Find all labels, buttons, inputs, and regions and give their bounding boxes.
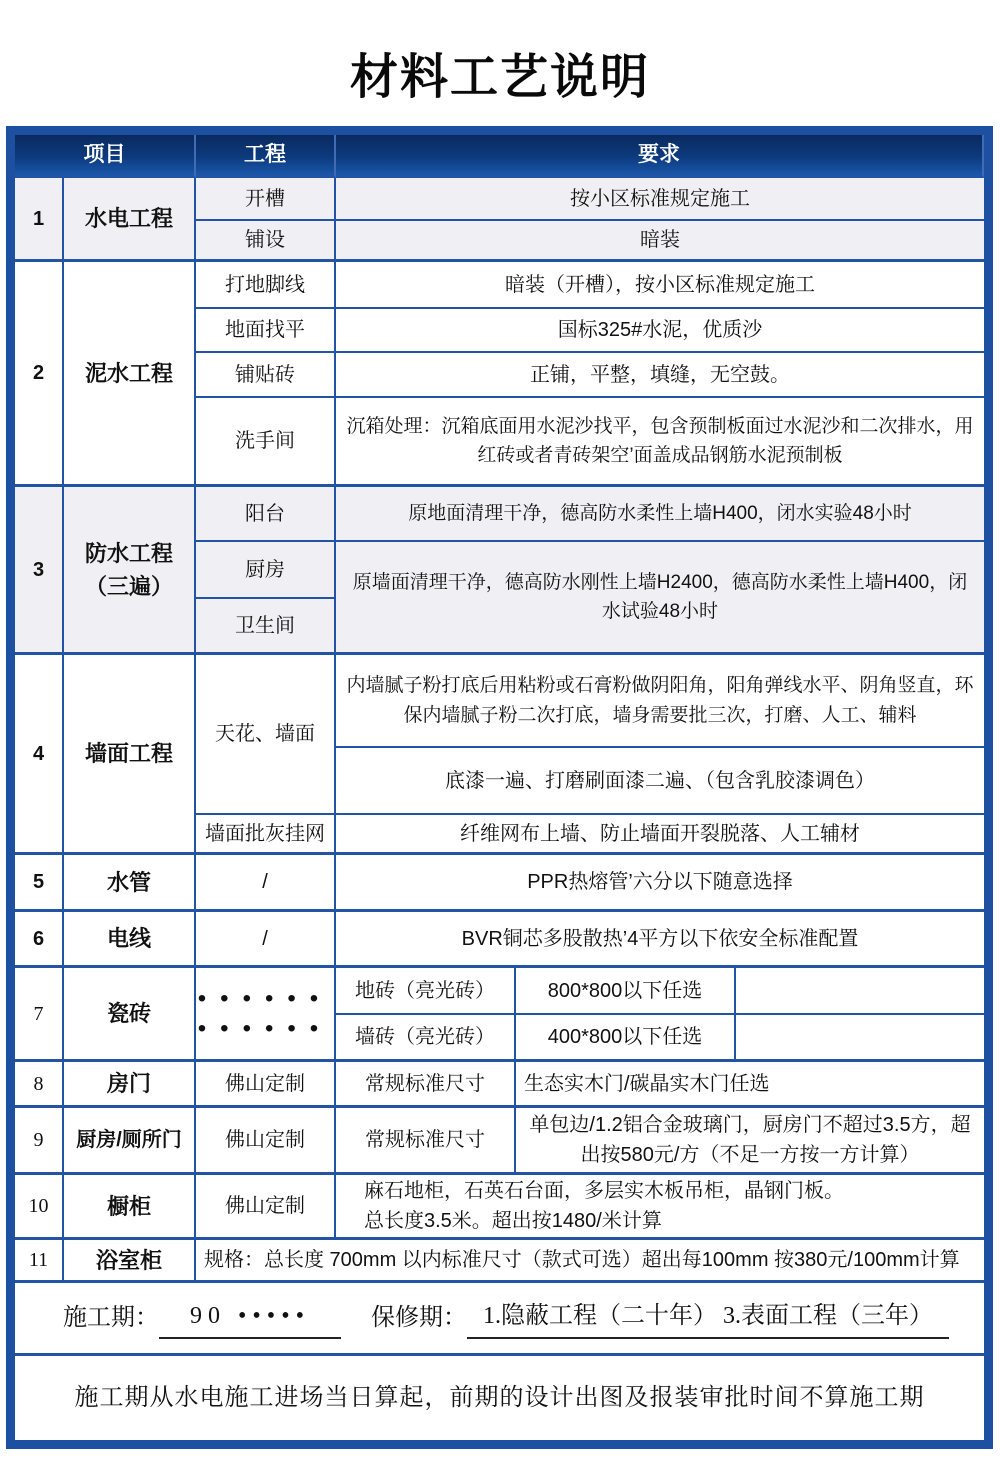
row-2-number: 2 (15, 262, 64, 487)
row-1-sub-1-engineering: 开槽 (196, 178, 336, 221)
page-title: 材料工艺说明 (0, 38, 1000, 107)
row-2-sub-1-requirement: 暗装（开槽），按小区标准规定施工 (336, 262, 984, 309)
row-7-sub-1-empty-cell (736, 968, 984, 1015)
row-5-item: 水管 (64, 855, 196, 912)
row-3-sub-2-engineering: 厨房 (196, 542, 336, 599)
row-6-number: 6 (15, 912, 64, 968)
row-7-number: 7 (15, 968, 64, 1062)
row-2-sub-4-engineering: 洗手间 (196, 398, 336, 487)
row-1-sub-2-requirement: 暗装 (336, 221, 984, 262)
row-7-sub-2-empty-cell (736, 1015, 984, 1062)
row-3-merged-requirement: 原墙面清理干净，德高防水刚性上墙H2400，德高防水柔性上墙H400，闭水试验4… (336, 542, 984, 655)
row-10-requirement: 麻石地柜，石英石台面，多层实木板吊柜，晶钢门板。 总长度3.5米。超出按1480… (336, 1175, 984, 1240)
row-2-sub-3-engineering: 铺贴砖 (196, 353, 336, 398)
header-requirement: 要求 (336, 135, 984, 178)
row-5-engineering: / (196, 855, 336, 912)
row-3-sub-1-requirement: 原地面清理干净，德高防水柔性上墙H400，闭水实验48小时 (336, 487, 984, 542)
row-11-item: 浴室柜 (64, 1240, 196, 1283)
row-6-item: 电线 (64, 912, 196, 968)
row-4-sub-3-requirement: 纤维网布上墙、防止墙面开裂脱落、人工辅材 (336, 815, 984, 855)
row-7-item: 瓷砖 (64, 968, 196, 1062)
row-4-item: 墙面工程 (64, 655, 196, 855)
row-1-sub-2-engineering: 铺设 (196, 221, 336, 262)
warranty-value: 1.隐蔽工程（二十年） 3.表面工程（三年） (467, 1298, 949, 1339)
construction-period-note: 施工期从水电施工进场当日算起，前期的设计出图及报装审批时间不算施工期 (15, 1356, 984, 1440)
row-3-sub-1-engineering: 阳台 (196, 487, 336, 542)
construction-period-value: 90 ••••• (159, 1298, 341, 1339)
row-10-engineering: 佛山定制 (196, 1175, 336, 1240)
header-item: 项目 (15, 135, 196, 178)
warranty-label: 保修期： (371, 1300, 467, 1336)
construction-period-row: 施工期： 90 ••••• 保修期： 1.隐蔽工程（二十年） 3.表面工程（三年… (15, 1283, 984, 1356)
row-7-sub-1-requirement: 800*800以下任选 (516, 968, 736, 1015)
construction-period-label: 施工期： (63, 1300, 159, 1336)
row-10-item: 橱柜 (64, 1175, 196, 1240)
row-1-item: 水电工程 (64, 178, 196, 262)
row-10-number: 10 (15, 1175, 64, 1240)
row-6-requirement: BVR铜芯多股散热’4平方以下依安全标准配置 (336, 912, 984, 968)
row-4-sub-2-requirement: 底漆一遍、打磨刷面漆二遍、（包含乳胶漆调色） (336, 748, 984, 815)
row-8-requirement: 生态实木门/碳晶实木门任选 (516, 1062, 984, 1108)
row-2-sub-3-requirement: 正铺，平整，填缝，无空鼓。 (336, 353, 984, 398)
row-3-number: 3 (15, 487, 64, 655)
row-7-sub-2-engineering: 墙砖（亮光砖） (336, 1015, 516, 1062)
row-2-item: 泥水工程 (64, 262, 196, 487)
row-1-number: 1 (15, 178, 64, 262)
materials-table: 项目 工程 要求 1 水电工程 开槽 按小区标准规定施工 铺设 暗装 2 泥水工… (6, 126, 993, 1449)
row-8-number: 8 (15, 1062, 64, 1108)
row-2-sub-4-requirement: 沉箱处理：沉箱底面用水泥沙找平，包含预制板面过水泥沙和二次排水，用红砖或者青砖架… (336, 398, 984, 487)
row-7-sub-1-engineering: 地砖（亮光砖） (336, 968, 516, 1015)
row-4-sub-3-engineering: 墙面批灰挂网 (196, 815, 336, 855)
row-7-sub-2-requirement: 400*800以下任选 (516, 1015, 736, 1062)
row-5-number: 5 (15, 855, 64, 912)
row-9-item: 厨房/厕所门 (64, 1108, 196, 1175)
row-2-sub-1-engineering: 打地脚线 (196, 262, 336, 309)
row-6-engineering: / (196, 912, 336, 968)
row-8-item: 房门 (64, 1062, 196, 1108)
row-5-requirement: PPR热熔管’六分以下随意选择 (336, 855, 984, 912)
header-engineering: 工程 (196, 135, 336, 178)
row-9-size: 常规标准尺寸 (336, 1108, 516, 1175)
row-4-sub-1-requirement: 内墙腻子粉打底后用粘粉或石膏粉做阴阳角，阳角弹线水平、阴角竖直，环保内墙腻子粉二… (336, 655, 984, 748)
row-3-item: 防水工程 （三遍） (64, 487, 196, 655)
row-4-sub-1-engineering: 天花、墙面 (196, 655, 336, 815)
row-9-engineering: 佛山定制 (196, 1108, 336, 1175)
row-2-sub-2-requirement: 国标325#水泥，优质沙 (336, 309, 984, 353)
row-4-number: 4 (15, 655, 64, 855)
row-11-number: 11 (15, 1240, 64, 1283)
row-11-requirement: 规格：总长度 700mm 以内标准尺寸（款式可选）超出每100mm 按380元/… (196, 1240, 984, 1283)
row-2-sub-2-engineering: 地面找平 (196, 309, 336, 353)
row-1-sub-1-requirement: 按小区标准规定施工 (336, 178, 984, 221)
row-8-engineering: 佛山定制 (196, 1062, 336, 1108)
row-3-sub-3-engineering: 卫生间 (196, 599, 336, 655)
row-8-size: 常规标准尺寸 (336, 1062, 516, 1108)
row-9-number: 9 (15, 1108, 64, 1175)
row-7-redacted-dots: •••••• •••••• (196, 968, 336, 1062)
row-9-requirement: 单包边/1.2铝合金玻璃门，厨房门不超过3.5方，超出按580元/方（不足一方按… (516, 1108, 984, 1175)
